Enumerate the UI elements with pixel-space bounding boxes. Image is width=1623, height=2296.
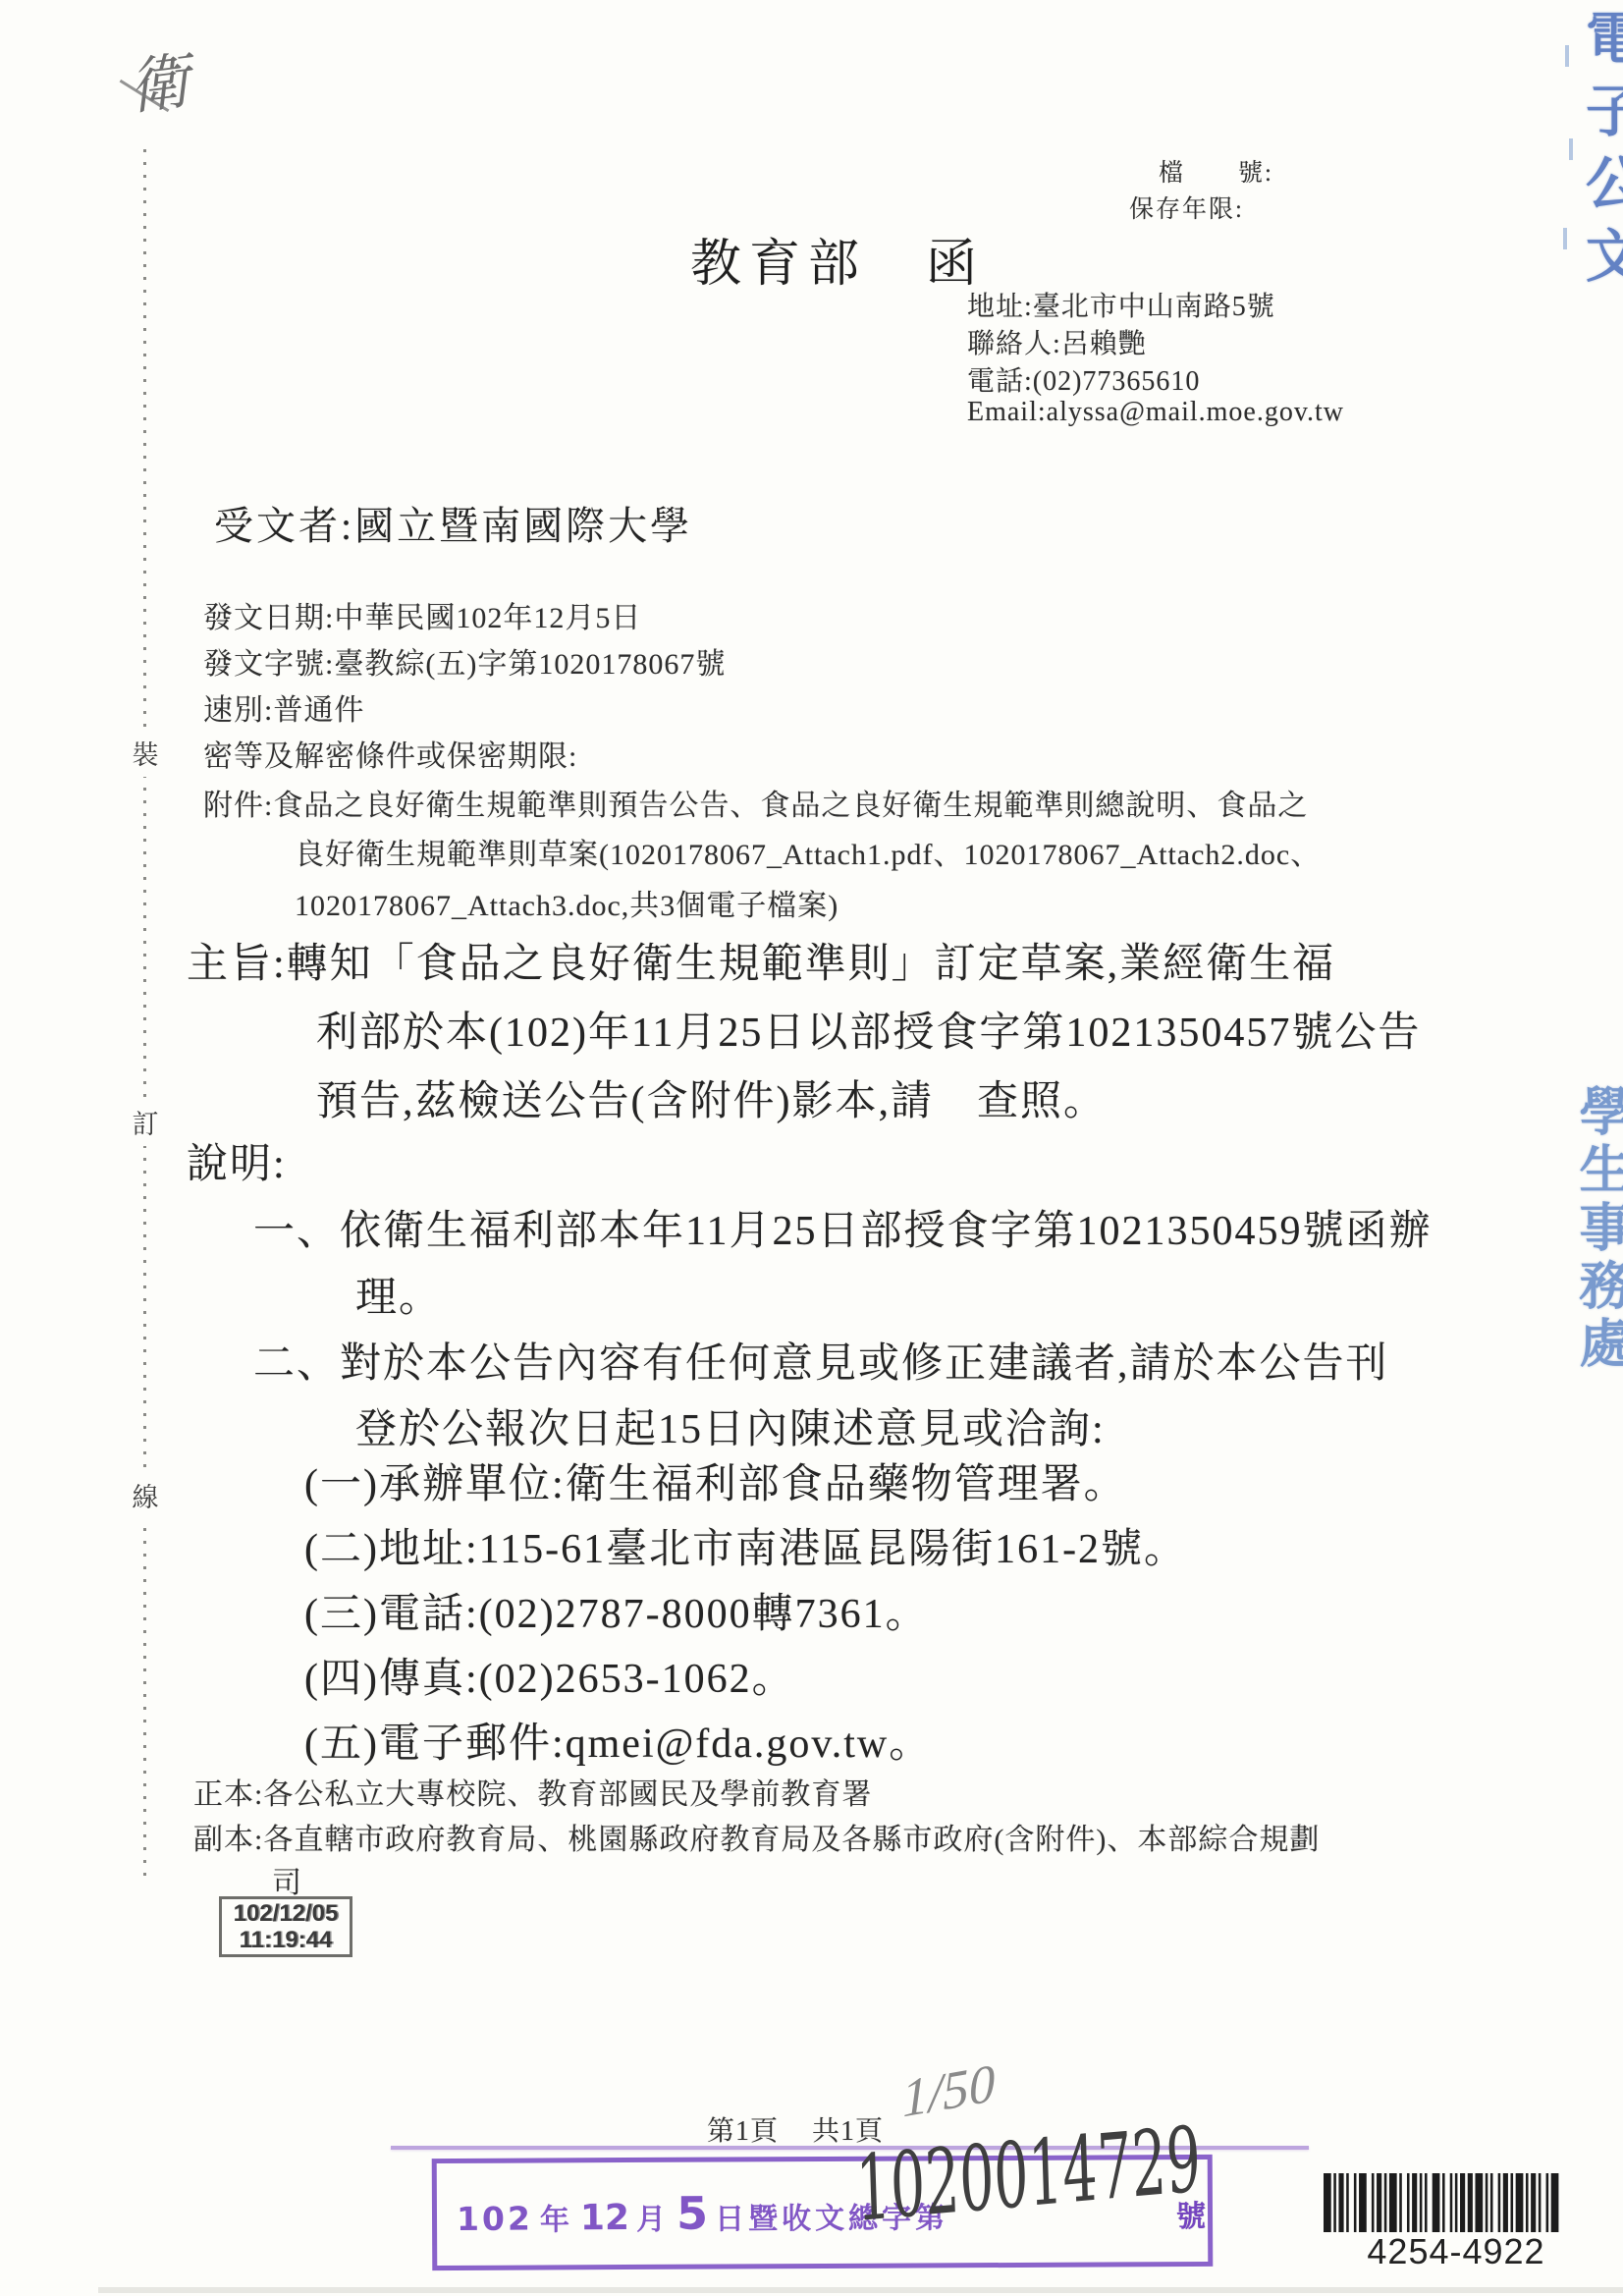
explanation-item2-line1: 二、對於本公告內容有任何意見或修正建議者,請於本公告刊 [253, 1331, 1389, 1390]
distribution-copy-line2: 司 [272, 1858, 302, 1901]
explanation-sub-1: (一)承辦單位:衛生福利部食品藥物管理署。 [304, 1451, 1127, 1510]
binding-mark-zhuang: 裝 [126, 729, 165, 777]
security-line: 密等及解密條件或保密期限: [203, 732, 577, 775]
electronic-document-stamp: 電子公文 [1567, 8, 1623, 299]
explanation-sub-3: (三)電話:(02)2787-8000轉7361。 [304, 1581, 929, 1640]
speed-line: 速別:普通件 [203, 685, 364, 729]
edge-tick [1569, 138, 1573, 160]
page-number: 第1頁 [707, 2116, 779, 2147]
receipt-month: 12 [580, 2198, 629, 2238]
letter-title: 教育部 函 [690, 222, 985, 296]
distribution-copy-line1: 副本:各直轄市政府教育局、桃園縣政府教育局及各縣市政府(含附件)、本部綜合規劃 [193, 1815, 1320, 1858]
barcode-number: 4254-4922 [1363, 2231, 1549, 2272]
sender-address: 地址:臺北市中山南路5號 [967, 285, 1275, 324]
subject-line-1: 主旨:轉知「食品之良好衛生規範準則」訂定草案,業經衛生福 [187, 931, 1335, 990]
explanation-sub-2: (二)地址:115-61臺北市南港區昆陽街161-2號。 [304, 1516, 1187, 1575]
receipt-month-unit: 月 [636, 2195, 670, 2238]
datetime-stamp: 102/12/05 11:19:44 [219, 1896, 352, 1957]
edge-tick [1563, 228, 1567, 249]
receipt-year: 102 [457, 2200, 533, 2238]
file-number-label: 檔 號: [1159, 153, 1273, 189]
binding-dotted-line [143, 149, 146, 1880]
explanation-heading: 說明: [187, 1131, 287, 1190]
explanation-item1-line2: 理。 [355, 1265, 442, 1324]
explanation-item2-line2: 登於公報次日起15日內陳述意見或洽詢: [355, 1396, 1106, 1455]
subject-line-3: 預告,茲檢送公告(含附件)影本,請 查照。 [316, 1068, 1107, 1127]
handwritten-fraction: 1/50 [901, 2051, 997, 2129]
issue-date-line: 發文日期:中華民國102年12月5日 [203, 593, 641, 636]
attachment-line-2: 良好衛生規範準則草案(1020178067_Attach1.pdf、102017… [295, 830, 1321, 873]
retention-label: 保存年限: [1129, 190, 1244, 225]
binding-mark-xian: 線 [126, 1471, 165, 1519]
barcode [1324, 2173, 1561, 2237]
handwritten-receipt-number: 1020014729 [854, 2120, 1052, 2242]
recipient-line: 受文者:國立暨南國際大學 [214, 495, 692, 551]
distribution-original: 正本:各公私立大專校院、教育部國民及學前教育署 [193, 1770, 872, 1813]
student-affairs-stamp: 學生事務處 [1563, 1084, 1623, 1374]
receipt-day: 5 [676, 2187, 708, 2240]
attachment-line-1: 附件:食品之良好衛生規範準則預告公告、食品之良好衛生規範準則總說明、食品之 [203, 781, 1308, 824]
receipt-stamp-suffix: 號 [1176, 2192, 1206, 2235]
explanation-sub-4: (四)傳真:(02)2653-1062。 [304, 1646, 795, 1705]
barcode-bars [1324, 2173, 1561, 2232]
explanation-item1-line1: 一、依衛生福利部本年11月25日部授食字第1021350459號函辦 [253, 1198, 1432, 1257]
sender-contact: 聯絡人:呂賴艷 [967, 322, 1147, 361]
explanation-sub-5: (五)電子郵件:qmei@fda.gov.tw。 [304, 1711, 932, 1770]
subject-line-2: 利部於本(102)年11月25日以部授食字第1021350457號公告 [316, 1000, 1421, 1059]
receipt-year-unit: 年 [540, 2195, 573, 2238]
stamp-time: 11:19:44 [240, 1927, 333, 1953]
scan-edge-artifact [98, 2287, 1623, 2293]
binding-mark-ding: 訂 [126, 1098, 165, 1146]
handwritten-mark: 衛 [123, 32, 193, 127]
edge-tick [1565, 45, 1569, 67]
attachment-line-3: 1020178067_Attach3.doc,共3個電子檔案) [295, 881, 839, 924]
doc-number-line: 發文字號:臺教綜(五)字第1020178067號 [203, 639, 726, 683]
sender-email: Email:alyssa@mail.moe.gov.tw [967, 397, 1344, 428]
scanned-official-letter: 衛 檔 號: 保存年限: 教育部 函 地址:臺北市中山南路5號 聯絡人:呂賴艷 … [0, 0, 1623, 2296]
sender-phone: 電話:(02)77365610 [967, 359, 1200, 399]
stamp-date: 102/12/05 [234, 1900, 339, 1927]
